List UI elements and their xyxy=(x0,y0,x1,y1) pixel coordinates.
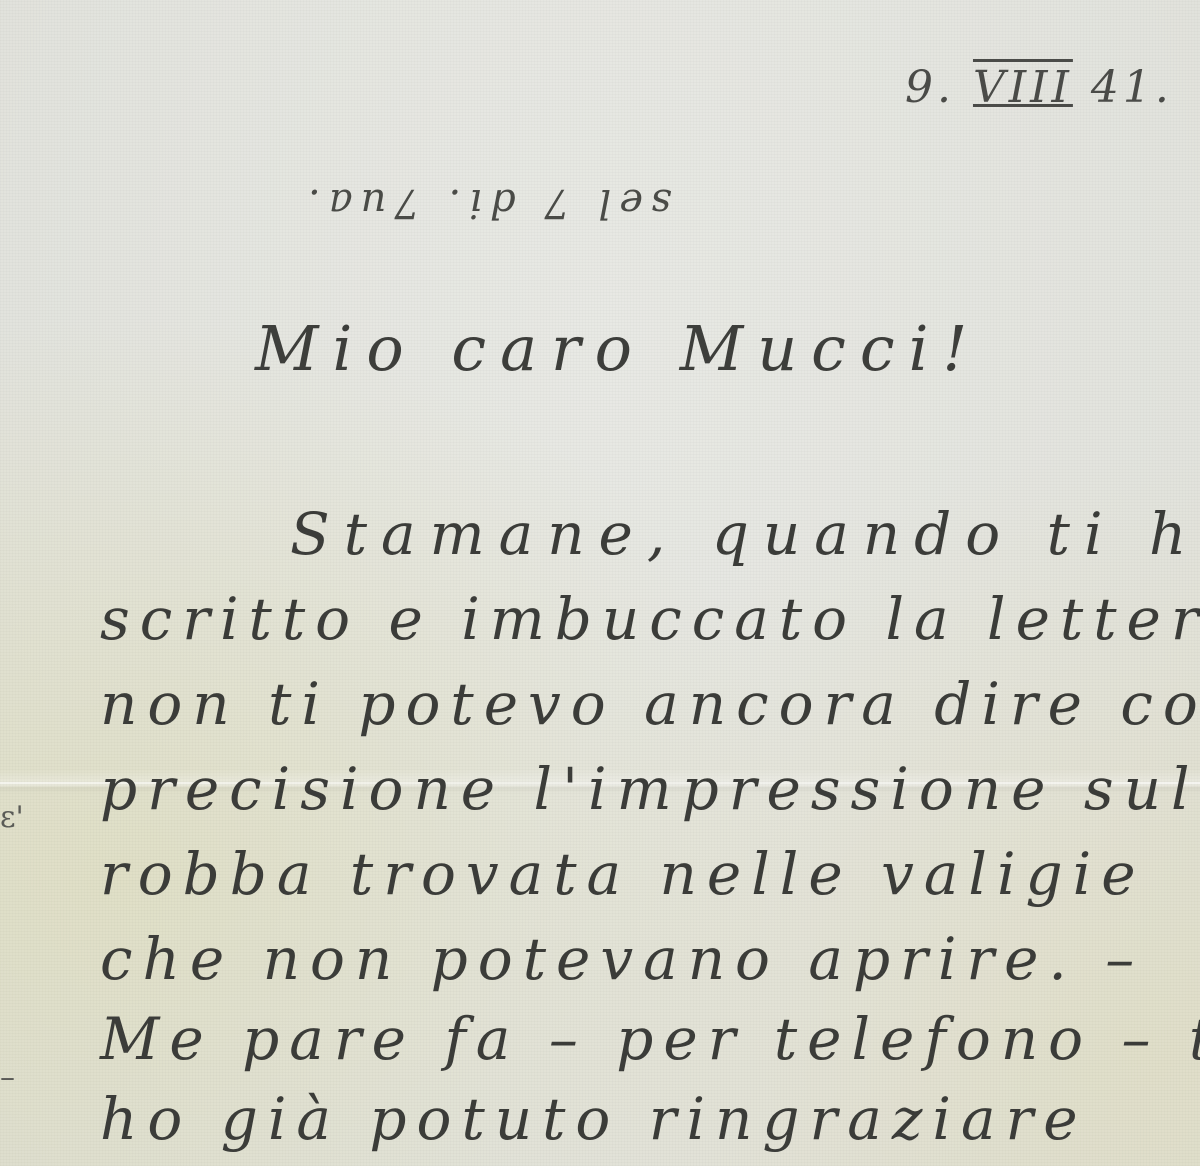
body-line-5: robba trovata nelle valigie xyxy=(100,840,1146,908)
body-line-3: non ti potevo ancora dire con xyxy=(100,670,1200,738)
margin-mark-top: ɛ' xyxy=(0,800,24,835)
body-line-1: Stamane, quando ti ho xyxy=(290,500,1200,568)
margin-mark-bottom: – xyxy=(0,1060,15,1095)
body-line-6: che non potevano aprire. – xyxy=(100,925,1144,993)
letter-date: 9. VIII 41. xyxy=(905,62,1173,113)
date-year: 41. xyxy=(1091,62,1173,113)
salutation: Mio caro Mucci! xyxy=(255,312,981,385)
body-line-2: scritto e imbuccato la lettera, xyxy=(100,585,1200,653)
date-month-roman: VIII xyxy=(973,62,1073,113)
date-day: 9. xyxy=(905,62,955,113)
body-line-8: ho già potuto ringraziare xyxy=(100,1085,1088,1153)
body-line-4: precisione l'impressione sulla xyxy=(100,755,1200,823)
upside-down-note: sel 7 di. 7ua. xyxy=(300,180,671,226)
body-line-7: Me pare fa – per telefono – ti xyxy=(100,1005,1200,1073)
